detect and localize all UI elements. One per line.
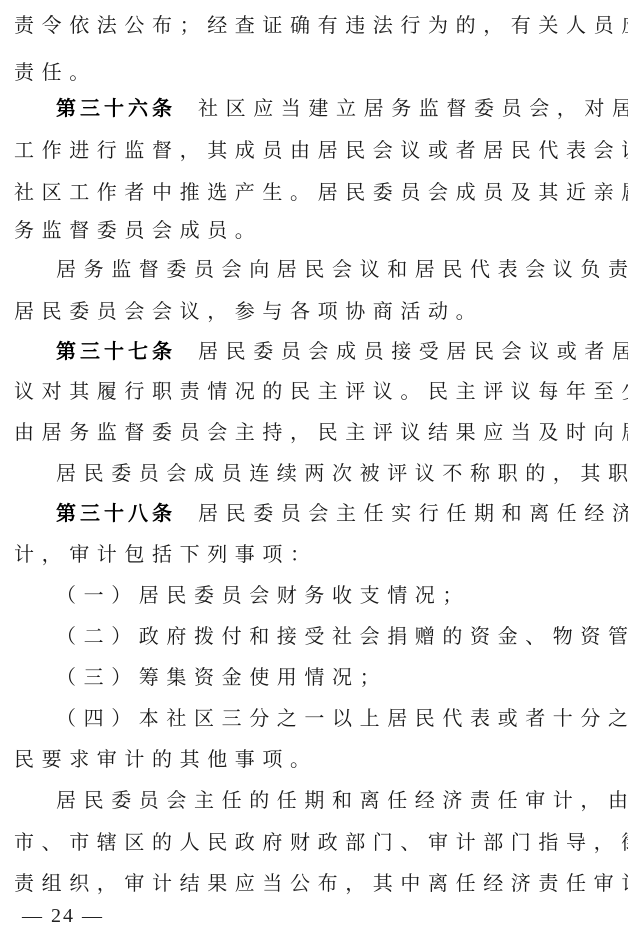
article-heading: 第三十八条 [56,501,176,525]
text-line: 居民委员会会议，参与各项协商活动。 [14,297,628,325]
list-item: （一）居民委员会财务收支情况； [56,581,628,609]
article-heading: 第三十七条 [56,339,176,363]
article-text: 社区应当建立居务监督委员会，对居民委员会 [198,96,628,120]
article-text: 居民委员会主任实行任期和离任经济责任审 [198,501,628,525]
text-line: 议对其履行职责情况的民主评议。民主评议每年至少进行一次， [14,377,628,405]
document-page: 责令依法公布；经查证确有违法行为的，有关人员应当依法承担 责任。 第三十六条社区… [0,0,640,947]
text-line: 民要求审计的其他事项。 [14,745,628,773]
text-line: 市、市辖区的人民政府财政部门、审计部门指导，街道办事处负 [14,828,628,856]
list-item: （二）政府拨付和接受社会捐赠的资金、物资管理使用情况； [56,622,628,650]
article-text: 居民委员会成员接受居民会议或者居民代表会 [198,339,628,363]
text-line: 务监督委员会成员。 [14,216,628,244]
text-line: 责组织，审计结果应当公布，其中离任经济责任审计结果应当在 [14,869,628,897]
text-line: 居民委员会主任的任期和离任经济责任审计，由不设区的 [56,786,628,814]
text-line: 社区工作者中推选产生。居民委员会成员及其近亲属不得担任居 [14,178,628,206]
article-36-line: 第三十六条社区应当建立居务监督委员会，对居民委员会 [56,94,628,122]
list-item: （四）本社区三分之一以上居民代表或者十分之一以上的居 [56,704,628,732]
text-line: 工作进行监督，其成员由居民会议或者居民代表会议在居民或者 [14,136,628,164]
text-line: 计，审计包括下列事项： [14,540,628,568]
article-37-line: 第三十七条居民委员会成员接受居民会议或者居民代表会 [56,337,628,365]
text-line: 由居务监督委员会主持，民主评议结果应当及时向居民公布。 [14,418,628,446]
text-line: 责令依法公布；经查证确有违法行为的，有关人员应当依法承担 [14,11,628,39]
article-heading: 第三十六条 [56,96,176,120]
text-line: 居务监督委员会向居民会议和居民代表会议负责，可以列席 [56,255,628,283]
text-line: 居民委员会成员连续两次被评议不称职的，其职务终止。 [56,459,628,487]
article-38-line: 第三十八条居民委员会主任实行任期和离任经济责任审 [56,499,628,527]
list-item: （三）筹集资金使用情况； [56,663,628,691]
page-number: — 24 — [22,905,104,928]
text-line: 责任。 [14,58,628,86]
